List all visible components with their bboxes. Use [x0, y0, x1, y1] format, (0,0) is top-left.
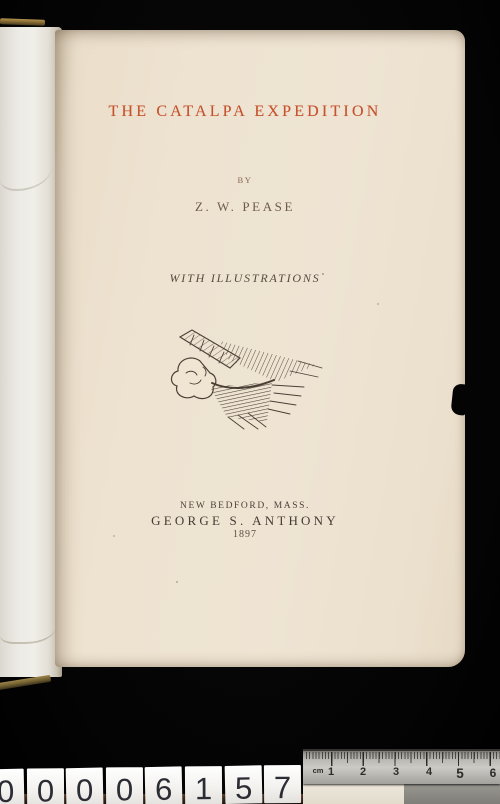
ruler-cm-ticks [331, 752, 500, 766]
ruler-number: 2 [360, 767, 366, 778]
photo-id-digit: 0 [0, 769, 24, 804]
cm-ruler: cm123456 [303, 749, 500, 784]
photo-id-digit: 5 [224, 765, 262, 804]
book-title: THE CATALPA EXPEDITION [55, 103, 435, 121]
page-specks [322, 273, 324, 275]
ruler-number: 6 [490, 767, 497, 779]
photo-id-digit: 0 [106, 767, 143, 804]
imprint-publisher: GEORGE S. ANTHONY [55, 513, 435, 529]
page-crease [0, 155, 52, 191]
title-page: THE CATALPA EXPEDITION BY Z. W. PEASE WI… [55, 30, 465, 667]
book-cover-edge-bottom [0, 675, 51, 690]
author-name: Z. W. PEASE [55, 199, 435, 215]
card-under-ruler [303, 782, 405, 804]
photo-id-digit: 7 [264, 765, 301, 803]
facing-page [0, 27, 62, 677]
photo-id-number: 00006157 [0, 765, 307, 803]
grey-block-under-ruler [404, 782, 500, 804]
illustrations-note: WITH ILLUSTRATIONS [55, 271, 435, 286]
photo-id-digit: 0 [66, 767, 104, 804]
book-photograph: THE CATALPA EXPEDITION BY Z. W. PEASE WI… [0, 0, 500, 804]
ship-engraving-vignette [170, 325, 360, 440]
ruler-unit-label: cm [313, 767, 324, 775]
ruler-number: 4 [426, 767, 432, 778]
ruler-number: 5 [456, 767, 464, 781]
ruler-number: 1 [328, 767, 334, 778]
book-cover-edge-top [0, 18, 45, 26]
imprint-city: NEW BEDFORD, MASS. [55, 501, 435, 511]
byline-label: BY [55, 175, 435, 185]
photo-id-digit: 6 [145, 766, 183, 804]
page-crease [0, 612, 56, 644]
imprint-year: 1897 [55, 529, 435, 540]
photo-id-digit: 1 [185, 766, 222, 804]
page-damage-notch [450, 383, 468, 415]
ruler-number: 3 [393, 767, 399, 778]
photo-id-digit: 0 [26, 768, 63, 804]
